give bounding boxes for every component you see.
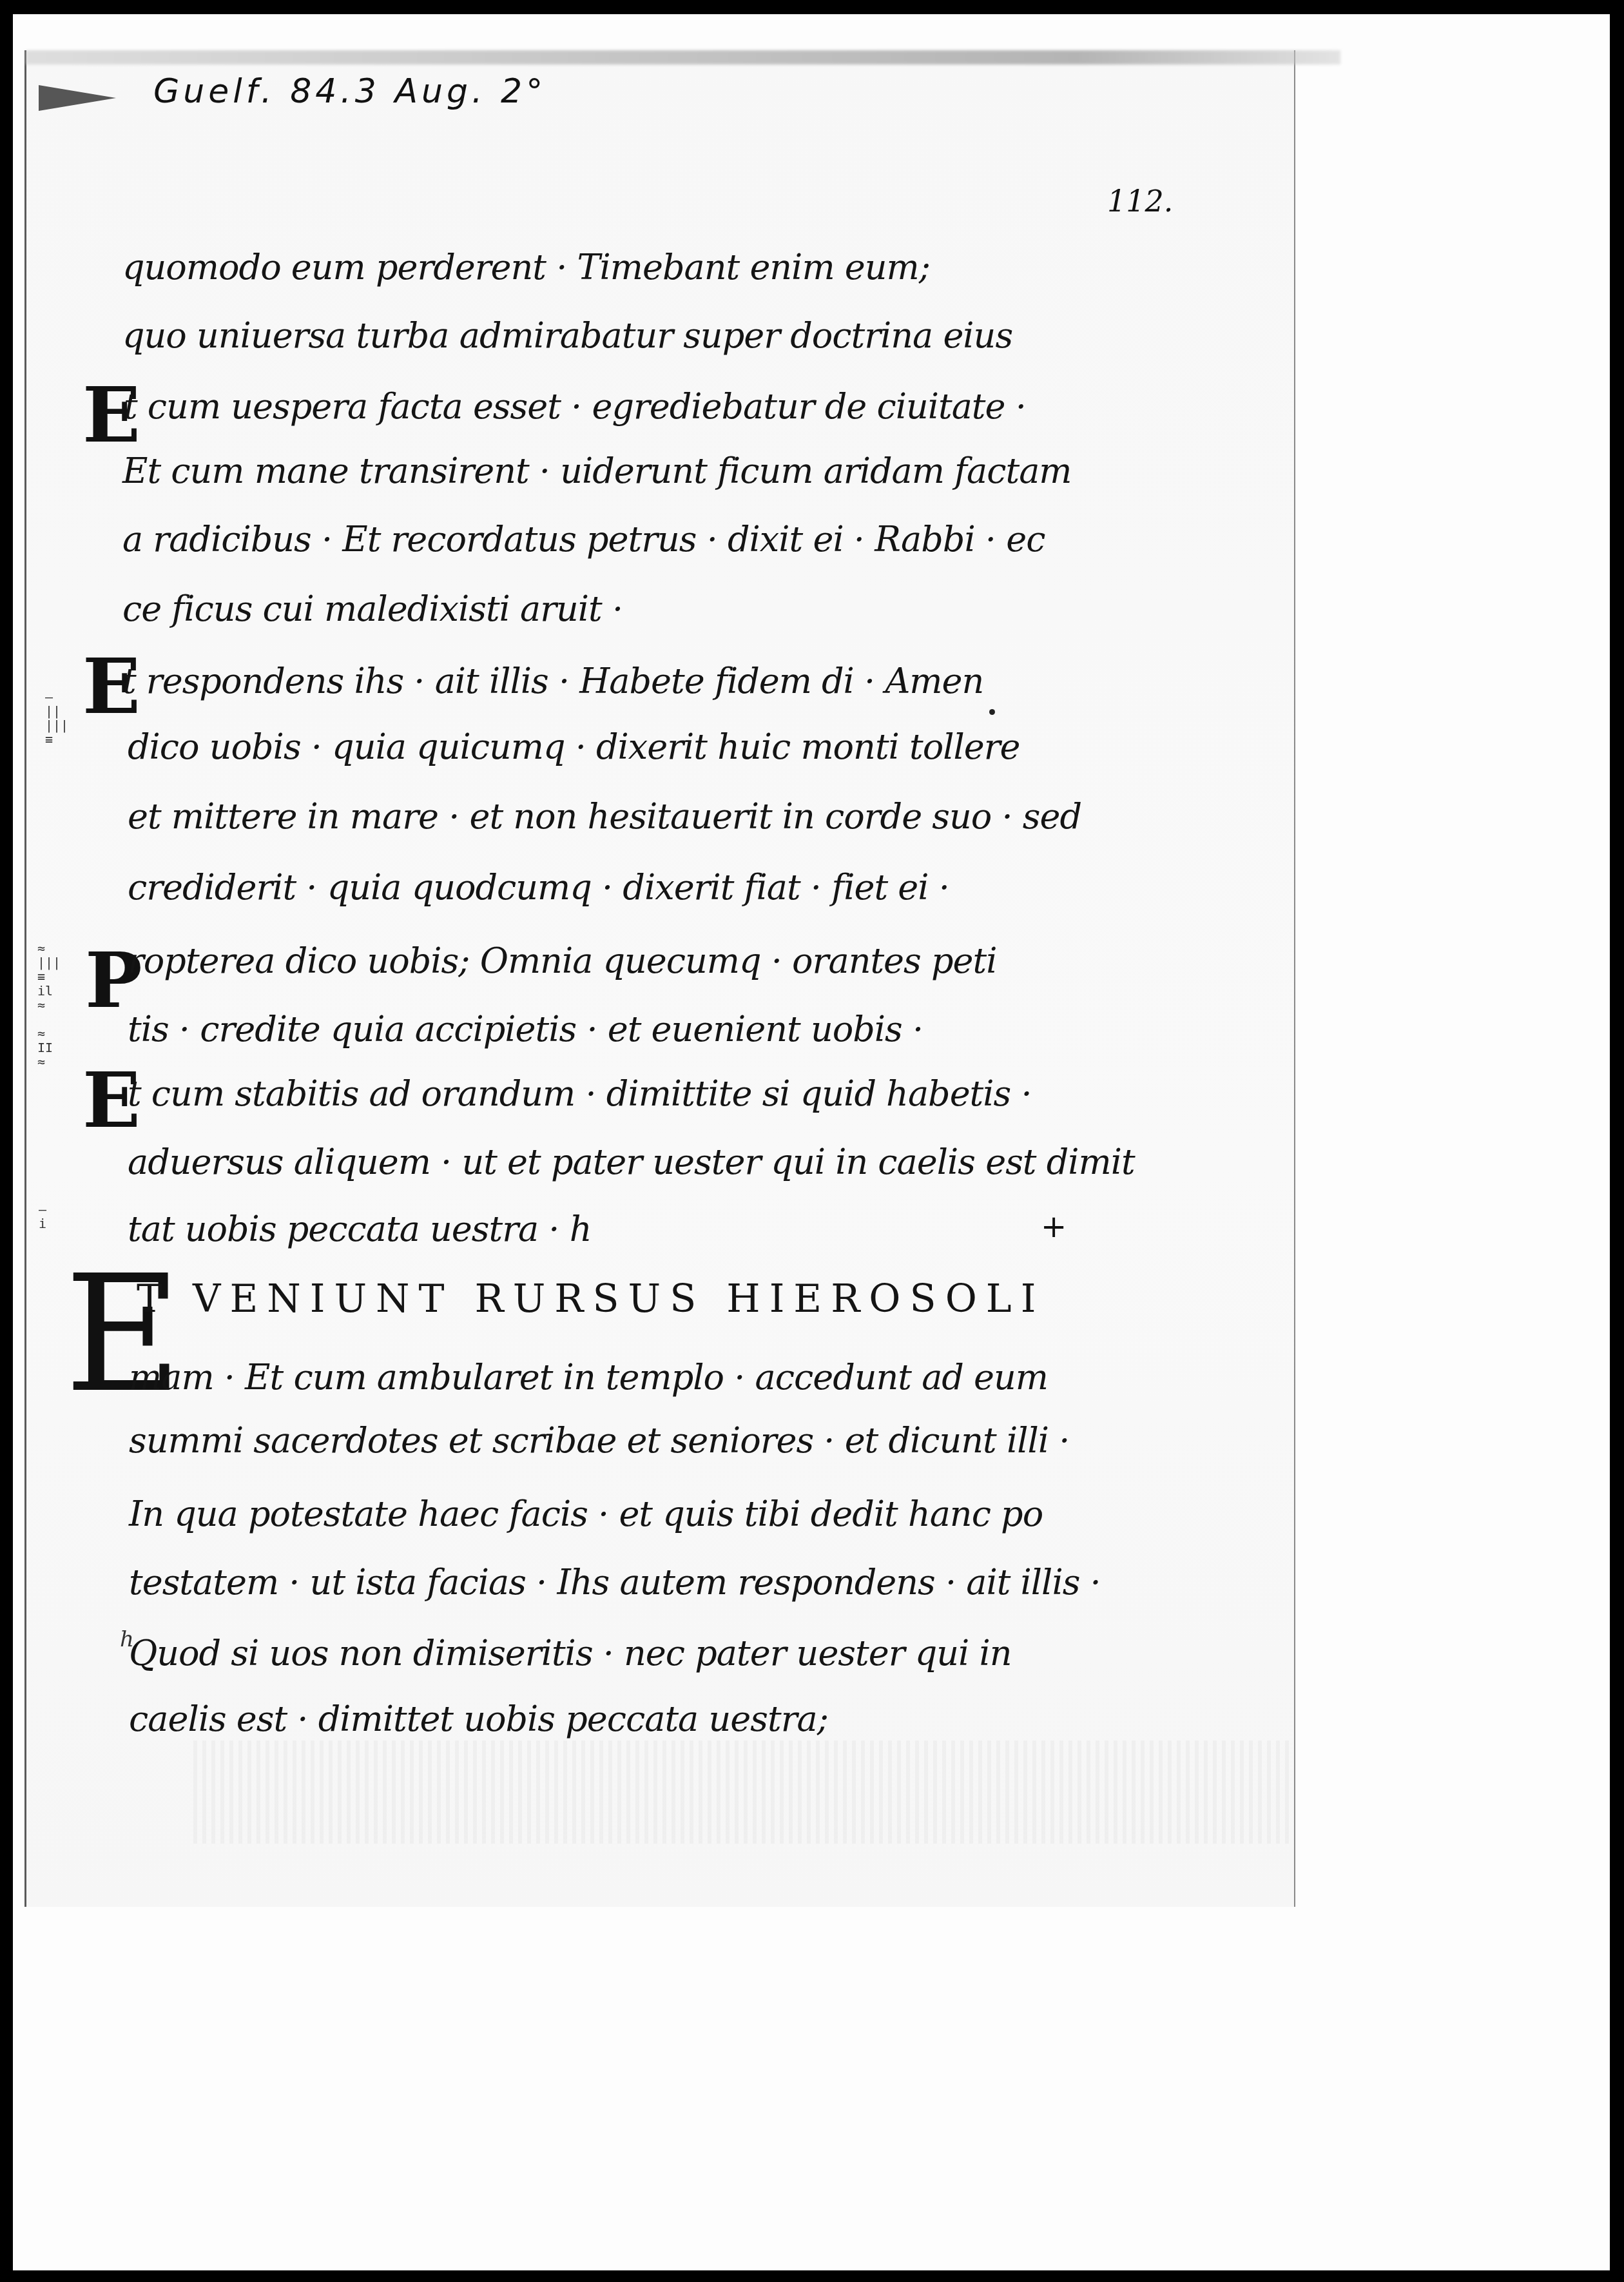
text-line: et mittere in mare · et non hesitauerit … bbox=[128, 799, 1081, 834]
canon-table-note: — || ||| ≡ bbox=[45, 690, 68, 746]
text-line: Et cum mane transirent · uiderunt ficum … bbox=[122, 454, 1072, 489]
text-line: crediderit · quia quodcumq · dixerit fia… bbox=[128, 870, 949, 905]
text-line: a radicibus · Et recordatus petrus · dix… bbox=[122, 522, 1045, 557]
text-line: ce ficus cui maledixisti aruit · bbox=[122, 592, 623, 627]
text-line: quomodo eum perderent · Timebant enim eu… bbox=[122, 250, 930, 285]
text-line: t respondens ihs · ait illis · Habete fi… bbox=[122, 664, 983, 699]
manuscript-text: quomodo eum perderent · Timebant enim eu… bbox=[0, 0, 1624, 2282]
text-line: aduersus aliquem · ut et pater uester qu… bbox=[128, 1145, 1135, 1180]
text-line: mam · Et cum ambularet in templo · acced… bbox=[129, 1360, 1048, 1395]
text-line: t cum stabitis ad orandum · dimittite si… bbox=[128, 1077, 1032, 1111]
text-line: tat uobis peccata uestra · h bbox=[128, 1212, 591, 1247]
capital-heading-line: T VENIUNT RURSUS HIEROSOLI bbox=[137, 1280, 1045, 1318]
canon-table-note: ≈ ||| ≡ il ≈ ≈ II ≈ bbox=[37, 941, 61, 1069]
text-line: ropterea dico uobis; Omnia quecumq · ora… bbox=[128, 944, 996, 979]
text-line: caelis est · dimittet uobis peccata uest… bbox=[129, 1702, 828, 1737]
text-line: summi sacerdotes et scribae et seniores … bbox=[129, 1423, 1069, 1458]
text-line: t cum uespera facta esset · egrediebatur… bbox=[124, 389, 1026, 424]
margin-h-mark: h bbox=[120, 1632, 134, 1646]
canon-table-note: — i bbox=[39, 1202, 46, 1231]
text-line: In qua potestate haec facis · et quis ti… bbox=[129, 1497, 1043, 1532]
text-line: tis · credite quia accipietis · et eueni… bbox=[128, 1012, 923, 1047]
text-line: Quod si uos non dimiseritis · nec pater … bbox=[129, 1636, 1012, 1671]
margin-cross-icon: + bbox=[1041, 1209, 1067, 1245]
text-line: quo uniuersa turba admirabatur super doc… bbox=[122, 318, 1012, 353]
text-line: dico uobis · quia quicumq · dixerit huic… bbox=[128, 730, 1020, 765]
punctus-mark bbox=[989, 709, 995, 715]
text-line: testatem · ut ista facias · Ihs autem re… bbox=[129, 1565, 1101, 1600]
